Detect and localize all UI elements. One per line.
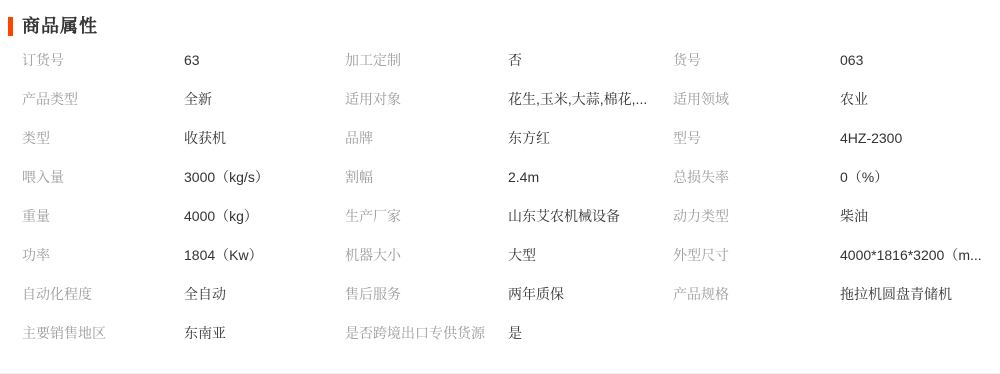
attr-value: 全自动 [184,275,345,314]
attr-label: 加工定制 [345,41,508,80]
attr-value: 4HZ-2300 [840,119,1000,158]
attr-label: 产品规格 [673,275,840,314]
attr-label: 功率 [22,236,184,275]
attr-value: 是 [508,314,673,353]
attr-value: 花生,玉米,大蒜,棉花,... [508,80,673,119]
attr-label: 品牌 [345,119,508,158]
attr-label: 动力类型 [673,197,840,236]
attr-label: 自动化程度 [22,275,184,314]
attr-value: 山东艾农机械设备 [508,197,673,236]
attr-value: 柴油 [840,197,1000,236]
attr-value: 63 [184,41,345,80]
attr-label: 主要销售地区 [22,314,184,353]
attr-value: 0（%） [840,158,1000,197]
attr-label: 机器大小 [345,236,508,275]
attr-value: 收获机 [184,119,345,158]
accent-bar-icon [8,17,13,36]
attr-value: 东方红 [508,119,673,158]
attr-label: 外型尺寸 [673,236,840,275]
attr-label: 类型 [22,119,184,158]
attr-label: 型号 [673,119,840,158]
panel-header: 商品属性 [8,17,1000,36]
attr-value: 063 [840,41,1000,80]
attr-value: 4000（kg） [184,197,345,236]
attr-value: 否 [508,41,673,80]
attr-label: 适用领域 [673,80,840,119]
attr-value: 拖拉机圆盘青储机 [840,275,1000,314]
attr-value: 东南亚 [184,314,345,353]
attr-value: 农业 [840,80,1000,119]
attr-label: 是否跨境出口专供货源 [345,314,508,353]
attr-value: 4000*1816*3200（m... [840,236,1000,275]
attr-value: 两年质保 [508,275,673,314]
attr-label: 适用对象 [345,80,508,119]
panel-title: 商品属性 [22,17,98,36]
attr-value: 3000（kg/s） [184,158,345,197]
attributes-grid: 订货号63加工定制否货号063产品类型全新适用对象花生,玉米,大蒜,棉花,...… [22,41,1000,353]
attr-label: 订货号 [22,41,184,80]
attr-label: 重量 [22,197,184,236]
attr-value: 1804（Kw） [184,236,345,275]
product-attributes-panel: 商品属性 订货号63加工定制否货号063产品类型全新适用对象花生,玉米,大蒜,棉… [0,0,1000,374]
attr-label: 货号 [673,41,840,80]
attr-label: 产品类型 [22,80,184,119]
attr-label: 喂入量 [22,158,184,197]
attr-value: 全新 [184,80,345,119]
attr-value: 大型 [508,236,673,275]
attr-label: 割幅 [345,158,508,197]
attr-label: 总损失率 [673,158,840,197]
attr-label: 生产厂家 [345,197,508,236]
attr-value: 2.4m [508,158,673,197]
attr-label: 售后服务 [345,275,508,314]
